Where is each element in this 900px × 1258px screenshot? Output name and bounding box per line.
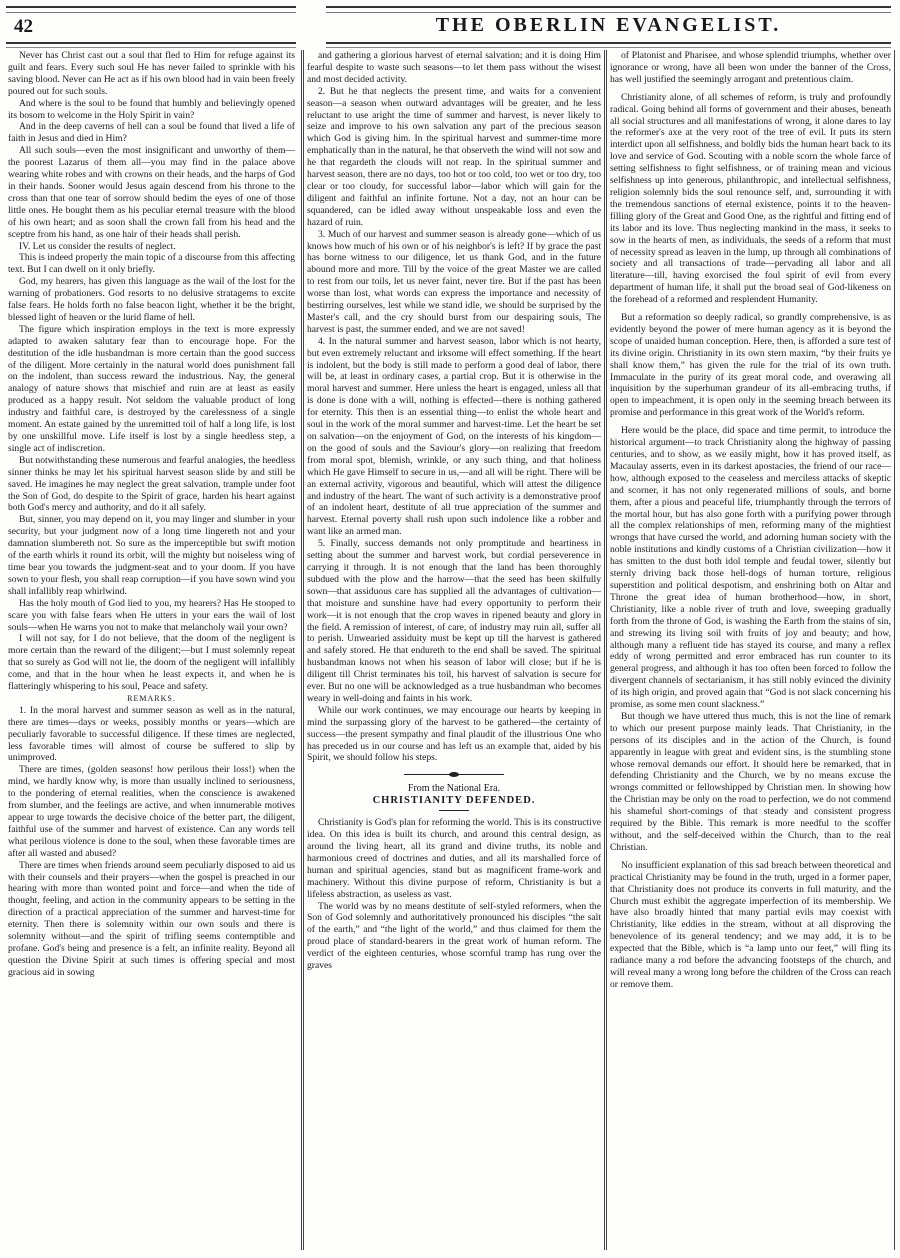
title-rule xyxy=(439,810,469,811)
header-rule-left xyxy=(6,42,296,48)
article-separator xyxy=(404,774,504,775)
top-rule-right xyxy=(326,6,891,13)
paragraph: There are times, (golden seasons! how pe… xyxy=(8,764,295,859)
paragraph: 2. But he that neglects the present time… xyxy=(307,86,601,229)
paragraph: Has the holy mouth of God lied to you, m… xyxy=(8,598,295,634)
paragraph: 1. In the moral harvest and summer seaso… xyxy=(8,705,295,765)
paragraph: All such souls—even the most insignifica… xyxy=(8,145,295,240)
paragraph: And in the deep caverns of hell can a so… xyxy=(8,121,295,145)
column-1: Never has Christ cast out a soul that fl… xyxy=(8,50,295,979)
paragraph: of Platonist and Pharisee, and whose spl… xyxy=(610,50,891,86)
section-heading: IV. Let us consider the results of negle… xyxy=(8,241,295,253)
paragraph: No insufficient explanation of this sad … xyxy=(610,860,891,991)
paragraph: I will not say, for I do not believe, th… xyxy=(8,633,295,693)
paragraph: But, sinner, you may depend on it, you m… xyxy=(8,514,295,597)
paragraph: and gathering a glorious harvest of eter… xyxy=(307,50,601,86)
paragraph: But notwithstanding these numerous and f… xyxy=(8,455,295,515)
column-2: and gathering a glorious harvest of eter… xyxy=(307,50,601,972)
column-divider xyxy=(606,50,607,1250)
paragraph: Christianity is God's plan for reforming… xyxy=(307,817,601,900)
paragraph: 3. Much of our harvest and summer season… xyxy=(307,229,601,336)
column-divider xyxy=(604,50,605,1250)
page-number: 42 xyxy=(14,16,33,38)
paragraph: And where is the soul to be found that h… xyxy=(8,98,295,122)
header-rule-right xyxy=(326,42,891,48)
paragraph: 5. Finally, success demands not only pro… xyxy=(307,538,601,705)
paragraph: God, my hearers, has given this language… xyxy=(8,276,295,324)
paragraph: Never has Christ cast out a soul that fl… xyxy=(8,50,295,98)
masthead-title: THE OBERLIN EVANGELIST. xyxy=(326,14,891,37)
column-3: of Platonist and Pharisee, and whose spl… xyxy=(610,50,891,991)
paragraph: But a reformation so deeply radical, so … xyxy=(610,312,891,419)
page-border xyxy=(894,50,895,1250)
paragraph: But though we have uttered thus much, th… xyxy=(610,711,891,854)
article-source: From the National Era. xyxy=(307,783,601,795)
paragraph: While our work continues, we may encoura… xyxy=(307,705,601,765)
paragraph: There are times when friends around seem… xyxy=(8,860,295,979)
paragraph: 4. In the natural summer and harvest sea… xyxy=(307,336,601,538)
paragraph: The figure which inspiration employs in … xyxy=(8,324,295,455)
paragraph: The world was by no means destitute of s… xyxy=(307,901,601,972)
remarks-heading: REMARKS. xyxy=(8,693,295,705)
paragraph: Christianity alone, of all schemes of re… xyxy=(610,92,891,306)
article-title: CHRISTIANITY DEFENDED. xyxy=(307,795,601,807)
paragraph: This is indeed properly the main topic o… xyxy=(8,252,295,276)
paragraph: Here would be the place, did space and t… xyxy=(610,425,891,711)
column-divider xyxy=(301,50,302,1250)
top-rule-left xyxy=(6,6,296,13)
column-divider xyxy=(303,50,304,1250)
